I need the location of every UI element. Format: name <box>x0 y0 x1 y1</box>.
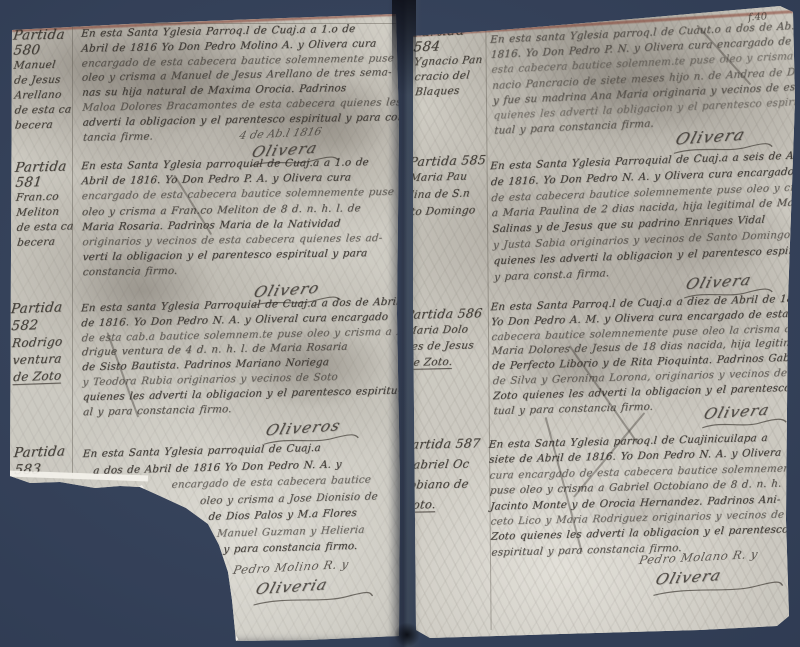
margin-line: 581 <box>15 174 81 191</box>
margin-line: Manuel <box>13 57 79 73</box>
signature-line-583: Pedro Molino R. y <box>232 557 350 577</box>
signature-587: Olivera <box>650 562 791 600</box>
manuscript-photo: Partida580Manuelde JesusArellanode esta … <box>0 0 800 647</box>
margin-note-581: Partida581Fran.coMelitonde esta cabecera <box>15 159 81 251</box>
left-page: Partida580Manuelde JesusArellanode esta … <box>8 14 400 642</box>
margin-line: 580 <box>13 42 79 58</box>
right-page: f.40 Partida584Ygnacio Pancracio delBlaq… <box>404 4 796 644</box>
margin-line: Partida <box>12 27 78 43</box>
margin-line: tobiano de <box>403 473 487 494</box>
margin-line: Partida 586 <box>405 305 487 323</box>
margin-line: de esta ca <box>16 219 82 236</box>
register-entry-583: En esta Santa Yglesia parroquial de Cuaj… <box>83 438 400 562</box>
margin-line: de Zoto <box>12 367 80 386</box>
register-entry-582: En esta santa Yglesia Parroquial de Cuaj… <box>81 295 399 420</box>
signature-583: Oliveria <box>250 572 381 609</box>
manuscript-line: constancia firmo. <box>82 261 397 281</box>
margin-line: Fran.co <box>15 189 81 206</box>
margin-line: de Jesus <box>13 72 79 88</box>
register-entry-580: En esta Santa Yglesia Parroq.l de Cuaj.a… <box>81 21 395 145</box>
margin-note-584: Partida584Ygnacio Pancracio delBlaques <box>413 23 490 101</box>
signature-586: Olivera <box>699 399 795 432</box>
margin-line: to Domingo <box>410 202 490 221</box>
register-entry-585: En esta Santa Yglesia Parroquial de Cuaj… <box>490 149 794 286</box>
margin-line: Gabriel Oc <box>403 453 487 474</box>
register-entry-587: En esta Santa Yglesia parroq.l de Cuajin… <box>489 430 796 561</box>
margin-line: Partida <box>14 159 80 176</box>
margin-line: Arellano <box>13 87 79 103</box>
margin-line: Maria Dolo <box>405 321 487 339</box>
margin-note-580: Partida580Manuelde JesusArellanode esta … <box>13 27 79 133</box>
margin-note-587: Partida 587Gabriel Octobiano deZoto. <box>403 433 486 514</box>
margin-note-583: Partida583 <box>13 443 78 479</box>
register-entry-586: En esta Santa Parroq.l de Cuaj.a a diez … <box>490 292 795 419</box>
margin-note-586: Partida 586Maria Dolores de Jesusde Zoto… <box>405 305 486 371</box>
margin-note-582: Partida582Rodrigoventurade Zoto <box>11 299 80 386</box>
margin-line: becera <box>16 234 82 251</box>
margin-line: Blaques <box>414 83 490 101</box>
margin-note-585: Partida 585Maria Paulina de S.nto Doming… <box>409 151 489 221</box>
margin-line: Partida 587 <box>402 433 486 454</box>
margin-line: becera <box>14 117 80 133</box>
margin-line: de Zoto. <box>406 353 488 371</box>
register-entry-581: En esta Santa Yglesia parroquial de Cuaj… <box>81 155 397 281</box>
margin-line: Meliton <box>15 204 81 221</box>
margin-line: res de Jesus <box>405 337 487 355</box>
margin-line: de esta ca <box>14 102 80 118</box>
register-entry-584: En esta santa Yglesia parroq.l de Cuaut.… <box>490 19 795 139</box>
manuscript-line: y para constancia firmo. <box>223 537 400 558</box>
margin-line: Zoto. <box>403 493 487 514</box>
margin-line: 583 <box>13 460 79 479</box>
